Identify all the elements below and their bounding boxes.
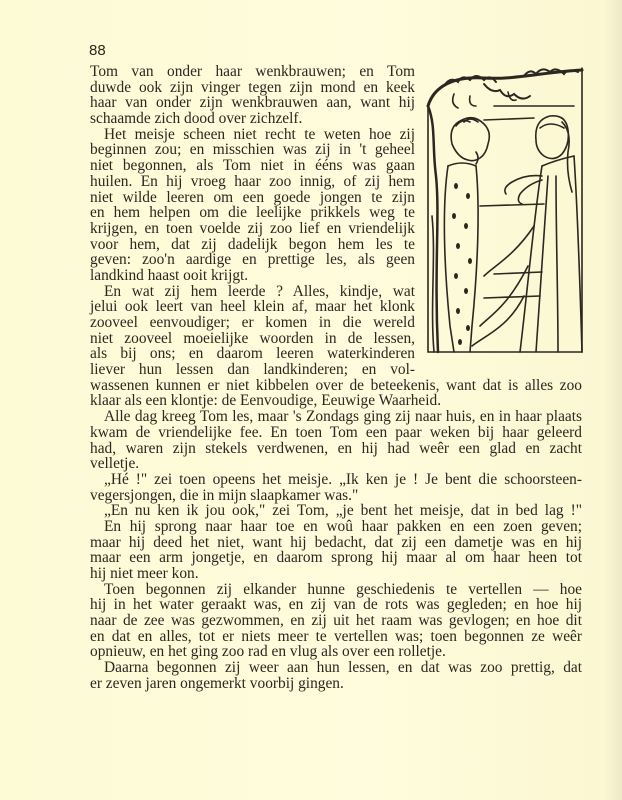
text-line: opnieuw, en het ging zoo rad en vlug als… — [90, 644, 582, 660]
text-line: Alle dag kreeg Tom les, maar 's Zondags … — [90, 409, 582, 425]
text-line: krijgen, en toen voelde zij zoo lief en … — [90, 221, 415, 237]
page-number: 88 — [89, 42, 106, 59]
text-line: voor hem, dat zij dadelijk begon hem les… — [90, 237, 415, 253]
text-line: naar de zee was gezwommen, en zij uit he… — [90, 613, 582, 629]
text-line: „En nu ken ik jou ook," zei Tom, „je ben… — [90, 503, 582, 519]
text-line: maar hij deed het niet, want hij bedacht… — [90, 535, 582, 551]
text-line: maar een arm jongetje, en daarom sprong … — [90, 550, 582, 566]
book-page: 88 — [0, 0, 622, 800]
text-line: haar van onder zijn wenkbrauwen aan, wan… — [90, 95, 415, 111]
text-line: velletje. — [90, 456, 582, 472]
text-line: vegersjongen, die in mijn slaapkamer was… — [90, 488, 582, 504]
text-line: geven: zoo'n aardige en prettige les, al… — [90, 252, 415, 268]
text-line: En hij sprong naar haar toe en woû haar … — [90, 519, 582, 535]
text-line: en dat en alles, tot er niets meer te ve… — [90, 629, 582, 645]
text-line: Tom van onder haar wenkbrauwen; en Tom — [90, 64, 415, 80]
text-line: Het meisje scheen niet recht te weten ho… — [90, 127, 415, 143]
text-line: duwde ook zijn vinger tegen zijn mond en… — [90, 80, 415, 96]
text-line: wassenen kunnen er niet kibbelen over de… — [90, 378, 582, 394]
text-line: jelui ook leert van heel klein af, maar … — [90, 299, 415, 315]
text-line: als bij ons; en daarom leeren waterkinde… — [90, 346, 415, 362]
text-line: beginnen zou; en misschien was zij in 't… — [90, 142, 415, 158]
text-line: huilen. En hij vroeg haar zoo innig, of … — [90, 174, 415, 190]
body-text: Tom van onder haar wenkbrauwen; en Tom d… — [90, 64, 582, 692]
text-line: Daarna begonnen zij weer aan hun lessen,… — [90, 660, 582, 676]
text-line: had, waren zijn stekels verdwenen, en hi… — [90, 441, 582, 457]
text-line: landkind haast ooit krijgt. — [90, 268, 415, 284]
text-line: klaar als een klontje: de Eenvoudige, Ee… — [90, 393, 582, 409]
text-line: en hem helpen om die leelijke prikkels w… — [90, 205, 415, 221]
text-line: er zeven jaren ongemerkt voorbij gingen. — [90, 676, 582, 692]
text-line: En wat zij hem leerde ? Alles, kindje, w… — [90, 284, 415, 300]
text-line: kwam de vriendelijke fee. En toen Tom ee… — [90, 425, 582, 441]
text-line: „Hé !" zei toen opeens het meisje. „Ik k… — [90, 472, 582, 488]
text-line: zooveel eenvoudiger; er komen in die wer… — [90, 315, 415, 331]
text-line: niet begonnen, als Tom niet in ééns was … — [90, 158, 415, 174]
text-line: hij in het water geraakt was, en zij van… — [90, 597, 582, 613]
text-line: niet wilde leeren om een goede jongen te… — [90, 190, 415, 206]
text-line: liever hun lessen dan landkinderen; en v… — [90, 362, 415, 378]
text-line: Toen begonnen zij elkander hunne geschie… — [90, 582, 582, 598]
text-line: niet zooveel moeielijke woorden in de le… — [90, 331, 415, 347]
text-line: schaamde zich dood over zichzelf. — [90, 111, 415, 127]
text-line: hij niet meer kon. — [90, 566, 582, 582]
